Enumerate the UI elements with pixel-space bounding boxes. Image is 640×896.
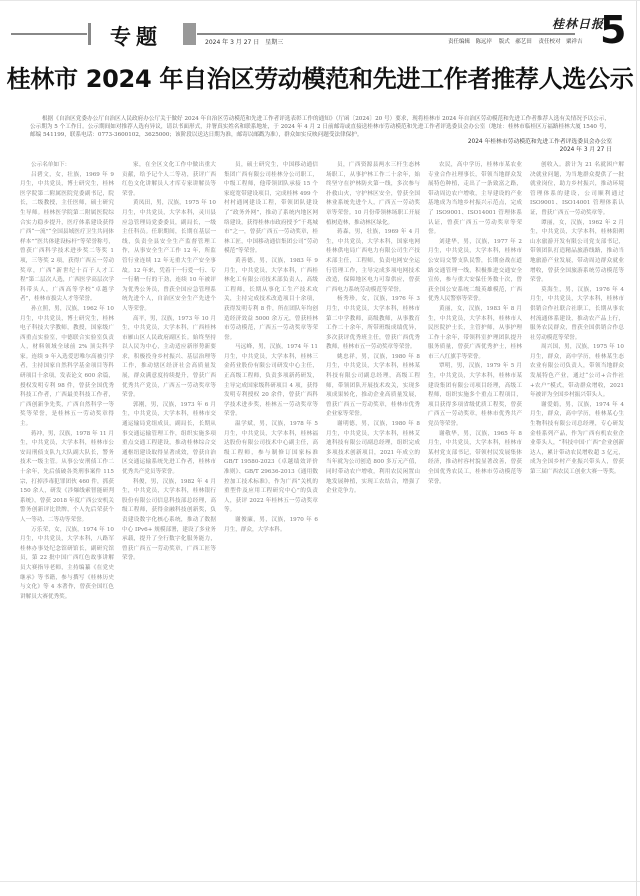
page-edge (636, 1, 637, 896)
paragraph: 高平，男，汉族，1973 年 10 月生，中共党员，大学本科，广西桂林市雁山区人… (122, 315, 216, 401)
signature-org: 2024 年桂林市劳动模范和先进工作者评选委员会办公室 (468, 138, 612, 146)
credit-proofreader: 责任校对 粟祥吉 (539, 39, 583, 45)
newspaper-page: 专题 2024 年 3 月 27 日 星期三 桂林日报 责任编辑 陈远岸 版式 … (0, 0, 640, 896)
newspaper-name: 桂林日报 (552, 15, 604, 32)
page-header: 专题 2024 年 3 月 27 日 星期三 桂林日报 责任编辑 陈远岸 版式 … (0, 1, 640, 49)
paragraph: 黄凤田，男，汉族，1975 年 10 月生，中共党员，大学本科，灵川县应急管理局… (122, 199, 216, 314)
paragraph: 科俊，男，汉族，1982 年 4 月生，中共党员，大学本科，桂林银行股份有限公司… (122, 478, 216, 564)
article-signature: 2024 年桂林市劳动模范和先进工作者评选委员会办公室 2024 年 3 月 2… (468, 138, 612, 154)
footer-rule (0, 881, 640, 882)
paragraph: 谭丽，女，汉族，1962 年 2 月生，中共党员，大学本科，桂林阳朔山水旅游开发… (530, 219, 624, 286)
paragraph: 黄善德，男，汉族，1983 年 9 月生，中共党员，大学本科，广西桂林化工有限公… (224, 257, 318, 343)
paragraph: 谢俊廉，男，汉族，1970 年 6 月生，群众，大学本科。 (224, 516, 318, 535)
paragraph: 谢爱娟，男，汉族，1974 年 4 月生，群众，高中学历，桂林某心生生物科技有限… (530, 401, 624, 478)
header-tick (88, 23, 91, 45)
article-intro: 根据《自治区党委办公厅自治区人民政府办公厅关于做好 2024 年自治区劳动模范和… (30, 115, 610, 139)
paragraph: 郭刚，男，汉族，1973 年 6 月生，中共党员，大学本科，桂林市交通运输局党组… (122, 401, 216, 478)
paragraph: 家，在全区文化工作中做出重大贡献，给予记个人二等功，获评广西红色文化讲解员人才库… (122, 161, 216, 199)
column-3: 员，硕士研究生，中国移动通信集团广西有限公司桂林分公司职工，中级工程师，他带领团… (224, 161, 318, 811)
paragraph: 黄丽，女，汉族，1983 年 8 月生，中共党员，大学本科，桂林市人民医院护士长… (428, 305, 522, 363)
paragraph: 万乐荣，女，汉族，1974 年 10 月生，中共党员，大学本科，八路军桂林办事处… (20, 526, 114, 603)
paragraph: 员，硕士研究生，中国移动通信集团广西有限公司桂林分公司职工，中级工程师，他带领团… (224, 161, 318, 257)
paragraph: 姚忠祥，男，汉族，1980 年 8 月生，中共党员，大学本科，桂林某科技有限公司… (326, 353, 420, 420)
paragraph: 马远峰，男，汉族，1974 年 11 月生，中共党员，大学本科，桂林三金药业股份… (224, 343, 318, 420)
signature-date: 2024 年 3 月 27 日 (468, 146, 612, 154)
paragraph: 刘建华，男，汉族，1977 年 2 月生，中共党员，大学本科，桂林市公安局交警支… (428, 238, 522, 305)
header-rule-right (197, 33, 575, 35)
header-box-decoration (183, 23, 196, 45)
column-1: 公示名单如下： 吕碧文，女，壮族，1969 年 9 月生，中共党员，博士研究生，… (20, 161, 114, 811)
paragraph: 杨秀珍，女，汉族，1976 年 3 月生，中共党员，大学本科，桂林市第二中学教师… (326, 295, 420, 353)
paragraph: 蒋冲，男，汉族，1978 年 11 月生，中共党员，大学本科，桂林市公安局刑侦支… (20, 430, 114, 526)
paragraph: 孙立照，男，汉族，1962 年 10 月生，中共党员，博士研究生，桂林电子科技大… (20, 305, 114, 430)
column-6: 创收入。薪计为 21 名就困户解决就业问题，为当地群众提供了一批就业岗位，助力乡… (530, 161, 624, 811)
paragraph: 吕碧文，女，壮族，1969 年 9 月生，中共党员，博士研究生，桂林医学院第二附… (20, 171, 114, 305)
paragraph: 员，广西资源县两水三杆生态林场职工，从事护林工作二十余年，始终坚守在护林防火第一… (326, 161, 420, 228)
body-columns: 公示名单如下： 吕碧文，女，壮族，1969 年 9 月生，中共党员，博士研究生，… (20, 161, 624, 811)
page-number: 5 (600, 11, 626, 49)
paragraph: 创收入。薪计为 21 名就困户解决就业问题，为当地群众提供了一批就业岗位，助力乡… (530, 161, 624, 219)
paragraph: 温学斌，男，汉族，1978 年 5 月生，中共党员，大学本科，桂林福达股份有限公… (224, 420, 318, 516)
section-label: 专题 (110, 21, 162, 51)
issue-date: 2024 年 3 月 27 日 星期三 (205, 37, 283, 46)
paragraph: 莫海生，男，汉族，1976 年 4 月生，中共党员，大学本科，桂林市供销合作社联… (530, 286, 624, 344)
credit-editor: 责任编辑 陈远岸 (448, 39, 492, 45)
column-5: 农民，高中学历，桂林市某农业专业合作社理事长，带领当地群众发展特色种植，走出了一… (428, 161, 522, 811)
column-4: 员，广西资源县两水三杆生态林场职工，从事护林工作二十余年，始终坚守在护林防火第一… (326, 161, 420, 811)
paragraph: 公示名单如下： (20, 161, 114, 171)
paragraph: 覃明，男，汉族，1979 年 5 月生，中共党员，大学本科，桂林市某建设集团有限… (428, 362, 522, 429)
paragraph: 农民，高中学历，桂林市某农业专业合作社理事长，带领当地群众发展特色种植，走出了一… (428, 161, 522, 238)
credit-layout: 版式 郝艺田 (499, 39, 532, 45)
editor-credits: 责任编辑 陈远岸 版式 郝艺田 责任校对 粟祥吉 (448, 37, 588, 45)
paragraph: 蒋森，男，壮族，1969 年 4 月生，中共党员，大学本科，国家电网桂林供电局广… (326, 228, 420, 295)
paragraph: 谢敬华，男，汉族，1965 年 8 月生，中共党员，大学本科，桂林市某村党支部书… (428, 430, 522, 488)
article-title: 桂林市 2024 年自治区劳动模范和先进工作者推荐人选公示 (0, 59, 640, 94)
paragraph: 周兴国，男，汉族，1975 年 10 月生，群众，高中学历，桂林某生态农业有限公… (530, 343, 624, 401)
header-rule-left (11, 33, 87, 35)
paragraph: 谢明德，男，汉族，1980 年 8 月生，中共党员，大学本科，桂林艾迪科技有限公… (326, 420, 420, 497)
column-2: 家，在全区文化工作中做出重大贡献，给予记个人二等功，获评广西红色文化讲解员人才库… (122, 161, 216, 811)
